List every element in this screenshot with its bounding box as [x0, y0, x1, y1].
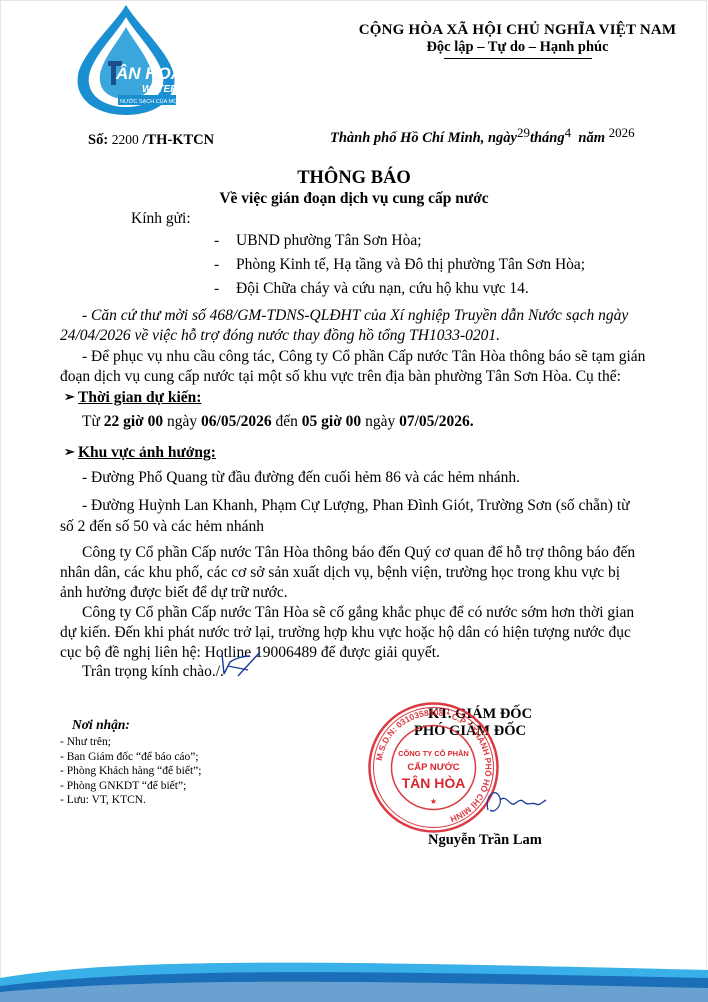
recipient-item: -UBND phường Tân Sơn Hòa;	[214, 232, 422, 250]
distribution-item: - Phòng GNKDT “để biết”;	[60, 779, 201, 794]
national-header: CỘNG HÒA XÃ HỘI CHỦ NGHĨA VIỆT NAM Độc l…	[330, 22, 705, 59]
document-number-value: 2200	[112, 132, 139, 147]
area-item: - Đường Phổ Quang từ đầu đường đến cuối …	[82, 469, 520, 487]
distribution-item: - Như trên;	[60, 735, 201, 750]
notify-paragraph: Công ty Cổ phần Cấp nước Tân Hòa thông b…	[82, 543, 672, 563]
handwritten-signature-icon	[480, 776, 550, 826]
initial-signature-icon	[218, 648, 264, 678]
closing-line: Trân trọng kính chào./.	[82, 663, 224, 681]
notify-paragraph-cont: nhân dân, các khu phố, các cơ sở sản xuấ…	[60, 563, 670, 583]
date-year: 2026	[609, 125, 635, 140]
purpose-paragraph: - Để phục vụ nhu cầu công tác, Công ty C…	[82, 347, 692, 367]
date-line: Thành phố Hồ Chí Minh, ngày29tháng4 năm …	[330, 130, 635, 147]
national-motto: Độc lập – Tự do – Hạnh phúc	[330, 39, 705, 56]
salutation: Kính gửi:	[131, 210, 191, 228]
notify-paragraph-cont: ảnh hưởng được biết để dự trữ nước.	[60, 583, 670, 603]
fix-paragraph: Công ty Cổ phần Cấp nước Tân Hòa sẽ cố g…	[82, 603, 672, 623]
area-section-heading: ➢Khu vực ảnh hưởng:	[64, 444, 216, 462]
fix-paragraph-cont: dự kiến. Đến khi phát nước trở lại, trườ…	[60, 623, 670, 643]
svg-text:TÂN HÒA: TÂN HÒA	[402, 774, 466, 791]
document-subtitle: Về việc gián đoạn dịch vụ cung cấp nước	[0, 190, 708, 208]
outage-time: Từ 22 giờ 00 ngày 06/05/2026 đến 05 giờ …	[82, 413, 474, 431]
document-number: Số: 2200 /TH-KTCN	[88, 132, 214, 149]
svg-text:ÂN HOA: ÂN HOA	[115, 64, 183, 83]
footer-wave-decoration	[0, 948, 708, 1002]
svg-text:NƯỚC SẠCH CỦA MỌI NHÀ: NƯỚC SẠCH CỦA MỌI NHÀ	[120, 98, 190, 105]
svg-text:CÔNG TY CỔ PHẦN: CÔNG TY CỔ PHẦN	[398, 748, 469, 758]
svg-text:CẤP NƯỚC: CẤP NƯỚC	[407, 761, 459, 773]
date-day: 29	[517, 125, 530, 140]
area-item-cont: số 2 đến số 50 và các hẻm nhánh	[60, 518, 264, 536]
distribution-item: - Ban Giám đốc “để báo cáo”;	[60, 750, 201, 765]
recipient-item: -Đội Chữa cháy và cứu nạn, cứu hộ khu vự…	[214, 280, 529, 298]
distribution-heading: Nơi nhận:	[72, 717, 130, 733]
distribution-item: - Lưu: VT, KTCN.	[60, 793, 201, 808]
signer-name: Nguyễn Trần Lam	[428, 832, 542, 849]
basis-paragraph: - Căn cứ thư mời số 468/GM-TDNS-QLĐHT củ…	[60, 306, 670, 326]
water-drop-logo-icon: ÂN HOA WATER NƯỚC SẠCH CỦA MỌI NHÀ	[62, 3, 190, 117]
fix-paragraph-cont: cục bộ đề nghị liên hệ: Hotline 19006489…	[60, 643, 670, 663]
time-section-heading: ➢Thời gian dự kiến:	[64, 389, 201, 407]
motto-underline	[444, 58, 592, 59]
recipient-item: -Phòng Kinh tế, Hạ tầng và Đô thị phường…	[214, 256, 585, 274]
distribution-list: - Như trên; - Ban Giám đốc “để báo cáo”;…	[60, 735, 201, 808]
distribution-item: - Phòng Khách hàng “để biết”;	[60, 764, 201, 779]
document-title: THÔNG BÁO	[0, 168, 708, 189]
basis-paragraph-cont: 24/04/2026 về việc hỗ trợ đóng nước thay…	[60, 326, 670, 346]
area-item: - Đường Huỳnh Lan Khanh, Phạm Cự Lượng, …	[82, 497, 630, 515]
arrow-bullet-icon: ➢	[64, 389, 78, 405]
svg-text:★: ★	[430, 797, 437, 806]
purpose-paragraph-cont: đoạn dịch vụ cung cấp nước tại một số kh…	[60, 367, 670, 387]
date-month: 4	[565, 125, 572, 140]
svg-text:WATER: WATER	[142, 84, 178, 95]
nation-title: CỘNG HÒA XÃ HỘI CHỦ NGHĨA VIỆT NAM	[330, 22, 705, 39]
arrow-bullet-icon: ➢	[64, 444, 78, 460]
